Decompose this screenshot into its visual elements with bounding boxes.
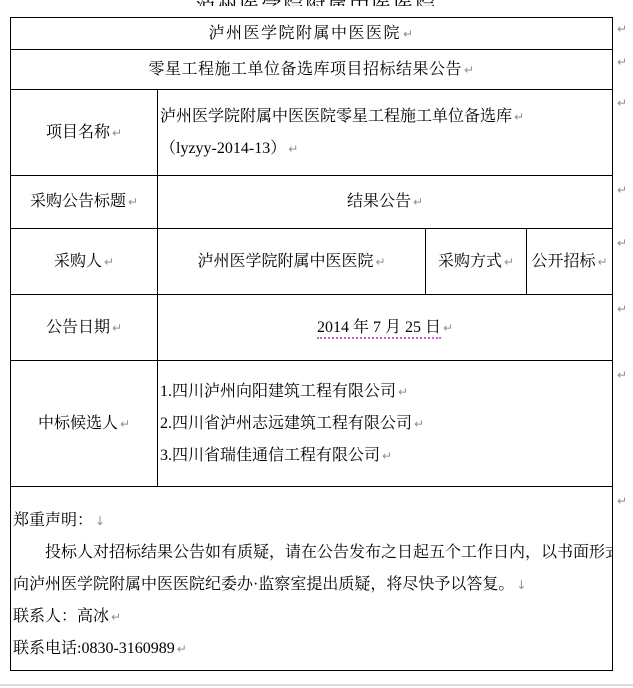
statement-body-line-2: 向泸州医学院附属中医医院纪委办·监察室提出质疑，将尽快予以答复。↓ [13, 569, 612, 601]
announce-date-value-cell: 2014 年 7 月 25 日↵ [158, 295, 613, 361]
row-end-mark-icon: ↵ [617, 184, 627, 196]
purchase-method-label: 采购方式 [438, 253, 502, 270]
project-name-label: 项目名称 [46, 124, 110, 141]
paragraph-mark-icon: ↵ [514, 110, 524, 124]
paragraph-mark-icon: ↵ [382, 449, 392, 463]
statement-heading: 郑重声明： [13, 512, 93, 529]
title-row: 泸州医学院附属中医医院↵ [11, 18, 613, 50]
page-bottom-edge [0, 684, 633, 686]
paragraph-mark-icon: ↵ [398, 385, 408, 399]
candidates-label: 中标候选人 [38, 415, 118, 432]
hospital-title: 泸州医学院附属中医医院 [208, 25, 401, 42]
paragraph-mark-icon: ↵ [375, 255, 385, 269]
paragraph-mark-icon: ↵ [464, 63, 475, 77]
paragraph-mark-icon: ↵ [120, 417, 130, 431]
contact-phone: 联系电话:0830-3160989 [13, 640, 175, 657]
purchaser-row: 采购人↵ 泸州医学院附属中医医院↵ 采购方式↵ 公开招标↵ [11, 229, 613, 295]
statement-body-line-1: 投标人对招标结果公告如有质疑，请在公告发布之日起五个工作日内，以书面形式 [13, 537, 612, 569]
clipped-heading-text: 泸州医学院附属中医医院 [196, 0, 438, 6]
announcement-subtitle: 零星工程施工单位备选库项目招标结果公告 [148, 61, 462, 78]
purchaser-label-cell: 采购人↵ [11, 229, 158, 295]
announcement-title-label: 采购公告标题 [30, 193, 126, 210]
paragraph-mark-icon: ↵ [504, 255, 514, 269]
purchase-method-label-cell: 采购方式↵ [426, 229, 527, 295]
row-end-mark-icon: ↵ [617, 97, 627, 109]
paragraph-mark-icon: ↵ [112, 126, 122, 140]
paragraph-mark-icon: ↵ [413, 195, 423, 209]
statement-cell: 郑重声明：↓ 投标人对招标结果公告如有质疑，请在公告发布之日起五个工作日内，以书… [11, 487, 613, 671]
announcement-title-value-cell: 结果公告↵ [158, 176, 613, 229]
candidate-item: 1.四川泸州向阳建筑工程有限公司↵ [158, 376, 612, 408]
row-end-mark-icon: ↵ [617, 495, 627, 507]
project-name-label-cell: 项目名称↵ [11, 90, 158, 176]
announcement-table: 泸州医学院附属中医医院↵ 零星工程施工单位备选库项目招标结果公告↵ 项目名称↵ … [10, 17, 613, 671]
announce-date-row: 公告日期↵ 2014 年 7 月 25 日↵ [11, 295, 613, 361]
line-break-mark-icon: ↓ [95, 514, 105, 528]
project-code-line: （lyzyy-2014-13）↵ [158, 133, 612, 165]
row-end-mark-icon: ↵ [617, 56, 627, 68]
purchase-method-value-cell: 公开招标↵ [527, 229, 613, 295]
contact-person: 联系人：高冰 [13, 608, 109, 625]
row-end-mark-icon: ↵ [617, 237, 627, 249]
announcement-subtitle-cell: 零星工程施工单位备选库项目招标结果公告↵ [11, 50, 613, 90]
row-end-mark-icon: ↵ [617, 369, 627, 381]
project-name-row: 项目名称↵ 泸州医学院附属中医医院零星工程施工单位备选库↵ （lyzyy-201… [11, 90, 613, 176]
candidate-item: 3.四川省瑞佳通信工程有限公司↵ [158, 440, 612, 472]
paragraph-mark-icon: ↵ [111, 610, 121, 624]
document-page: { "page": { "clipped_top_text": "泸州医学院附属… [0, 0, 633, 688]
paragraph-mark-icon: ↵ [112, 321, 122, 335]
row-end-mark-icon: ↵ [617, 303, 627, 315]
purchase-method-value: 公开招标 [531, 253, 595, 270]
contact-phone-line: 联系电话:0830-3160989↵ [13, 633, 612, 665]
candidate-item: 2.四川省泸州志远建筑工程有限公司↵ [158, 408, 612, 440]
candidates-label-cell: 中标候选人↵ [11, 361, 158, 487]
hospital-title-cell: 泸州医学院附属中医医院↵ [11, 18, 613, 50]
candidates-value-cell: 1.四川泸州向阳建筑工程有限公司↵ 2.四川省泸州志远建筑工程有限公司↵ 3.四… [158, 361, 613, 487]
purchaser-value: 泸州医学院附属中医医院 [197, 253, 373, 270]
subtitle-row: 零星工程施工单位备选库项目招标结果公告↵ [11, 50, 613, 90]
announce-date-label: 公告日期 [46, 319, 110, 336]
project-name-value-cell: 泸州医学院附属中医医院零星工程施工单位备选库↵ （lyzyy-2014-13）↵ [158, 90, 613, 176]
paragraph-mark-icon: ↵ [288, 142, 298, 156]
purchaser-label: 采购人 [54, 253, 102, 270]
purchaser-value-cell: 泸州医学院附属中医医院↵ [158, 229, 426, 295]
statement-row: 郑重声明：↓ 投标人对招标结果公告如有质疑，请在公告发布之日起五个工作日内，以书… [11, 487, 613, 671]
announcement-title-value: 结果公告 [347, 193, 411, 210]
project-name-line: 泸州医学院附属中医医院零星工程施工单位备选库↵ [158, 101, 612, 133]
paragraph-mark-icon: ↵ [443, 321, 453, 335]
paragraph-mark-icon: ↵ [128, 195, 138, 209]
clipped-heading: 泸州医学院附属中医医院 [0, 0, 633, 6]
row-end-mark-icon: ↵ [617, 23, 627, 35]
announcement-title-row: 采购公告标题↵ 结果公告↵ [11, 176, 613, 229]
announcement-title-label-cell: 采购公告标题↵ [11, 176, 158, 229]
paragraph-mark-icon: ↵ [177, 642, 187, 656]
paragraph-mark-icon: ↵ [403, 27, 415, 41]
contact-person-line: 联系人：高冰↵ [13, 601, 612, 633]
announce-date-value: 2014 年 7 月 25 日 [317, 319, 441, 339]
line-break-mark-icon: ↓ [516, 578, 526, 592]
candidates-row: 中标候选人↵ 1.四川泸州向阳建筑工程有限公司↵ 2.四川省泸州志远建筑工程有限… [11, 361, 613, 487]
statement-heading-line: 郑重声明：↓ [13, 505, 612, 537]
paragraph-mark-icon: ↵ [597, 255, 607, 269]
paragraph-mark-icon: ↵ [104, 255, 114, 269]
announce-date-label-cell: 公告日期↵ [11, 295, 158, 361]
paragraph-mark-icon: ↵ [414, 417, 424, 431]
